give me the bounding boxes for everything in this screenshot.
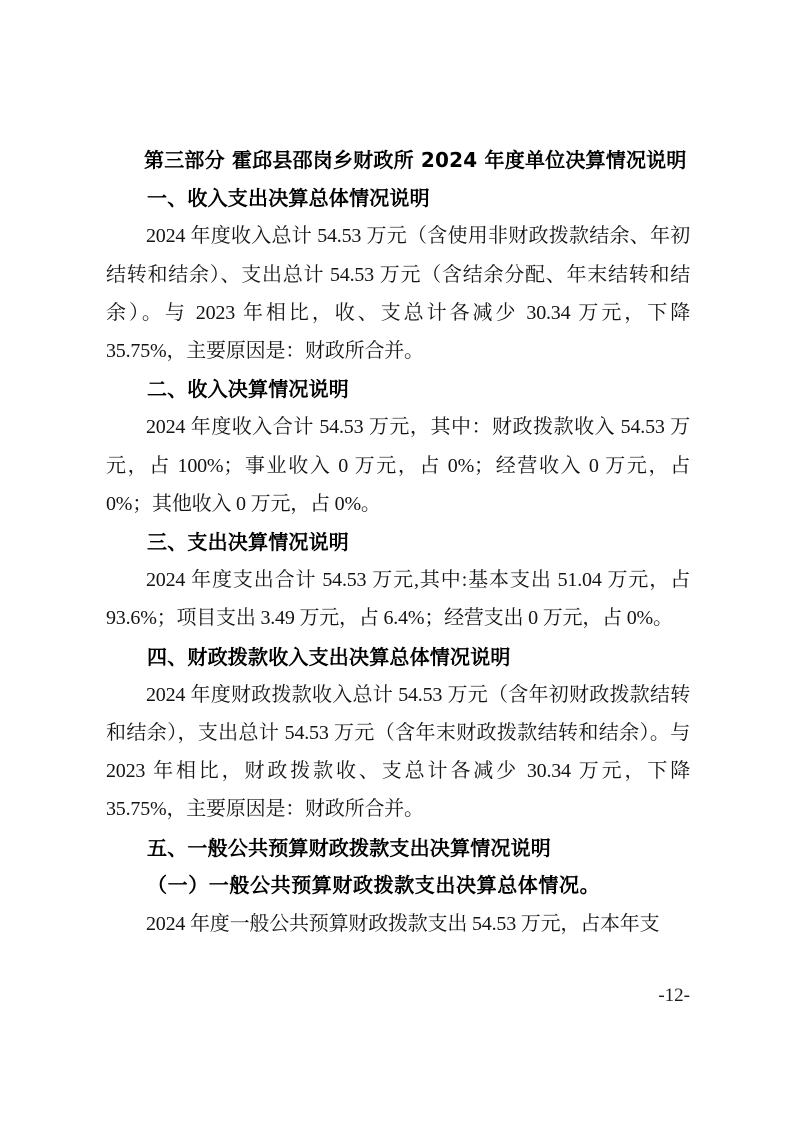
document-page: 第三部分 霍邱县邵岗乡财政所 2024 年度单位决算情况说明 一、收入支出决算总… xyxy=(0,0,793,1122)
page-number: -12- xyxy=(658,984,690,1008)
section-4-paragraph: 2024 年度财政拨款收入总计 54.53 万元（含年初财政拨款结转和结余），支… xyxy=(106,676,690,829)
section-5-subheading: （一）一般公共预算财政拨款支出决算总体情况。 xyxy=(106,867,690,905)
section-1-heading: 一、收入支出决算总体情况说明 xyxy=(106,179,690,217)
document-title: 第三部分 霍邱县邵岗乡财政所 2024 年度单位决算情况说明 xyxy=(106,141,690,179)
section-5-heading: 五、一般公共预算财政拨款支出决算情况说明 xyxy=(106,829,690,867)
document-content: 第三部分 霍邱县邵岗乡财政所 2024 年度单位决算情况说明 一、收入支出决算总… xyxy=(106,141,690,943)
section-5-paragraph: 2024 年度一般公共预算财政拨款支出 54.53 万元，占本年支 xyxy=(106,905,690,943)
section-4-heading: 四、财政拨款收入支出决算总体情况说明 xyxy=(106,638,690,676)
section-1-paragraph: 2024 年度收入总计 54.53 万元（含使用非财政拨款结余、年初结转和结余）… xyxy=(106,217,690,370)
section-3-paragraph: 2024 年度支出合计 54.53 万元,其中:基本支出 51.04 万元，占 … xyxy=(106,561,690,637)
section-3-heading: 三、支出决算情况说明 xyxy=(106,523,690,561)
section-2-heading: 二、收入决算情况说明 xyxy=(106,370,690,408)
section-2-paragraph: 2024 年度收入合计 54.53 万元，其中：财政拨款收入 54.53 万元，… xyxy=(106,408,690,523)
